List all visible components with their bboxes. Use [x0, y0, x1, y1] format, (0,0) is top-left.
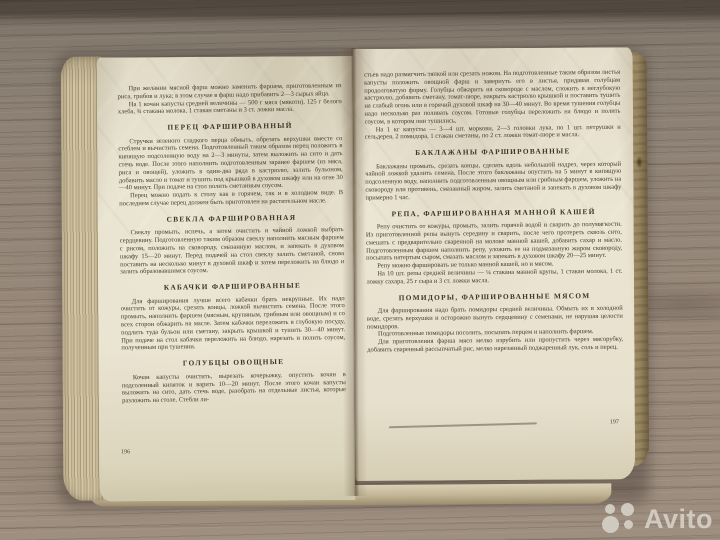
recipe-heading: КАБАЧКИ ФАРШИРОВАННЫЕ — [120, 281, 344, 293]
recipe-paragraph: Перец можно подать к столу как в горячем… — [119, 189, 343, 208]
recipe-heading: РЕПА, ФАРШИРОВАННАЯ МАННОЙ КАШЕЙ — [366, 207, 622, 218]
recipe-paragraph: Стручки зеленого сладкого перца обмыть, … — [118, 135, 343, 193]
recipe-paragraph: На 1 кг капусты — 3—4 шт. моркови, 2—3 г… — [365, 123, 621, 141]
recipe-heading: ПЕРЕЦ ФАРШИРОВАННЫЙ — [118, 121, 342, 133]
recipe-paragraph: Репу очистить от кожуры, промыть, залить… — [366, 221, 622, 263]
avito-logo-icon — [602, 502, 637, 537]
recipe-heading: СВЕКЛА ФАРШИРОВАННАЯ — [119, 213, 343, 225]
recipe-paragraph: На 1 кочан капусты средней величины — 50… — [118, 98, 342, 117]
avito-watermark: Avito — [602, 502, 713, 537]
recipe-heading: ПОМИДОРЫ, ФАРШИРОВАННЫЕ МЯСОМ — [367, 291, 623, 302]
left-page: При желании мясной фарш можно заменить ф… — [97, 56, 356, 502]
recipe-paragraph: Для фарширования лучше всего кабачки бра… — [121, 295, 346, 353]
recipe-paragraph: На 10 шт. репы средней величины — ¼ стак… — [366, 268, 622, 286]
recipe-paragraph: стьев надо размягчить тяпкой или срезать… — [364, 69, 621, 126]
recipe-paragraph: Баклажаны промыть, срезать концы, сделат… — [365, 160, 621, 202]
recipe-paragraph: Для приготовления фарша мясо мелко изруб… — [367, 336, 623, 354]
right-page-text: стьев надо размягчить тяпкой или срезать… — [364, 69, 623, 355]
left-page-number: 196 — [121, 449, 130, 455]
avito-watermark-label: Avito — [644, 504, 713, 535]
recipe-paragraph: Кочан капусты очистить, вырезать кочерыж… — [122, 371, 346, 406]
recipe-heading: БАКЛАЖАНЫ ФАРШИРОВАННЫЕ — [365, 147, 621, 158]
right-page: стьев надо размягчить тяпкой или срезать… — [353, 47, 636, 481]
recipe-paragraph: Для фарширования надо брать помидоры сре… — [367, 305, 623, 331]
left-page-text: При желании мясной фарш можно заменить ф… — [117, 82, 346, 405]
open-book: При желании мясной фарш можно заменить ф… — [53, 38, 652, 507]
right-page-number: 197 — [610, 419, 619, 425]
recipe-heading: ГОЛУБЦЫ ОВОЩНЫЕ — [122, 357, 346, 369]
pen-mark — [389, 422, 537, 428]
recipe-paragraph: Свеклу промыть, испечь, а затем очистить… — [120, 226, 345, 276]
